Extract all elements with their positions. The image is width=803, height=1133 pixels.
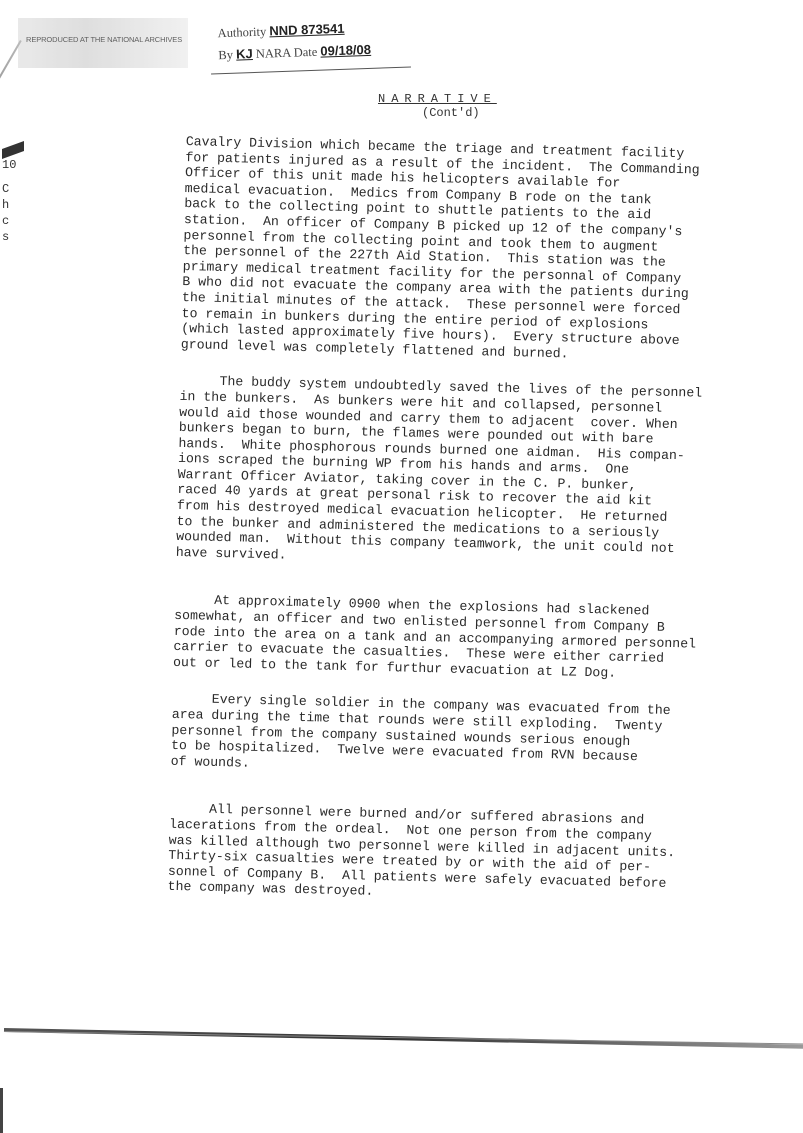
document-title: NARRATIVE bbox=[378, 92, 497, 106]
archives-stamp: REPRODUCED AT THE NATIONAL ARCHIVES bbox=[18, 18, 188, 68]
margin-fragment: c bbox=[2, 213, 22, 229]
paragraph: The buddy system undoubtedly saved the l… bbox=[176, 373, 750, 574]
margin-fragment: 10 bbox=[2, 157, 22, 173]
authority-value: NND 873541 bbox=[269, 21, 345, 39]
margin-fragment: C bbox=[2, 181, 22, 197]
margin-fragment: h bbox=[2, 197, 22, 213]
nara-date-value: 09/18/08 bbox=[320, 42, 371, 59]
page-bottom-edge bbox=[4, 1028, 803, 1049]
by-initials: KJ bbox=[236, 46, 253, 62]
by-label: By bbox=[218, 48, 233, 63]
authority-label: Authority bbox=[217, 25, 266, 41]
paragraph: All personnel were burned and/or suffere… bbox=[167, 801, 739, 908]
nara-date-label: NARA Date bbox=[256, 45, 318, 61]
document-subtitle: (Cont'd) bbox=[422, 106, 480, 120]
paragraph: At approximately 0900 when the explosion… bbox=[173, 592, 745, 684]
paragraph: Every single soldier in the company was … bbox=[170, 691, 742, 783]
left-margin-fragments: 10 C h c s bbox=[2, 145, 22, 245]
by-row: By KJ NARA Date 09/18/08 bbox=[218, 42, 371, 63]
scan-edge-mark bbox=[0, 1088, 3, 1133]
paragraph: Cavalry Division which became the triage… bbox=[181, 134, 756, 366]
margin-fragment: s bbox=[2, 229, 22, 245]
declassification-stamp: Authority NND 873541 By KJ NARA Date 09/… bbox=[209, 9, 411, 75]
archives-stamp-text: REPRODUCED AT THE NATIONAL ARCHIVES bbox=[26, 35, 182, 44]
authority-row: Authority NND 873541 bbox=[217, 21, 344, 41]
page-bottom-edge-secondary bbox=[4, 1031, 803, 1045]
document-body: Cavalry Division which became the triage… bbox=[167, 134, 755, 909]
